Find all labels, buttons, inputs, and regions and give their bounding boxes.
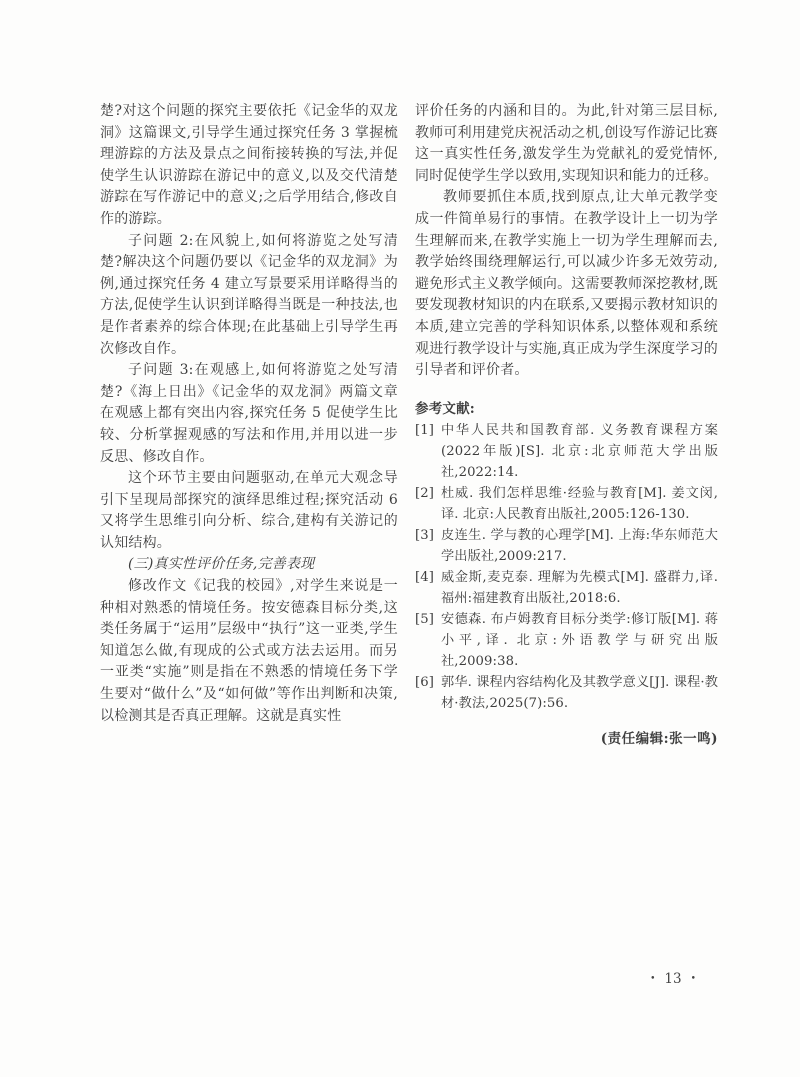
- paragraph: 楚?对这个问题的探究主要依托《记金华的双龙洞》这篇课文,引导学生通过探究任务 3…: [100, 101, 398, 231]
- right-column: 评价任务的内涵和目的。为此,针对第三层目标,教师可利用建党庆祝活动之机,创设写作…: [415, 101, 718, 750]
- reference-text: 中华人民共和国教育部. 义务教育课程方案(2022年版)[S]. 北京:北京师范…: [441, 420, 718, 483]
- document-page: 楚?对这个问题的探究主要依托《记金华的双龙洞》这篇课文,引导学生通过探究任务 3…: [0, 0, 800, 1077]
- page-number-left-dot: •: [650, 975, 655, 984]
- reference-text: 皮连生. 学与教的心理学[M]. 上海:华东师范大学出版社,2009:217.: [441, 525, 718, 567]
- reference-item: [5] 安德森. 布卢姆教育目标分类学:修订版[M]. 蒋小平,译. 北京:外语…: [415, 609, 718, 672]
- reference-label: [1]: [415, 420, 441, 483]
- paragraph: 子问题 2:在风貌上,如何将游览之处写清楚?解决这个问题仍要以《记金华的双龙洞》…: [100, 231, 398, 361]
- left-column: 楚?对这个问题的探究主要依托《记金华的双龙洞》这篇课文,引导学生通过探究任务 3…: [100, 101, 398, 727]
- reference-label: [2]: [415, 483, 441, 525]
- reference-text: 威金斯,麦克泰. 理解为先模式[M]. 盛群力,译. 福州:福建教育出版社,20…: [441, 567, 718, 609]
- reference-item: [1] 中华人民共和国教育部. 义务教育课程方案(2022年版)[S]. 北京:…: [415, 420, 718, 483]
- reference-text: 安德森. 布卢姆教育目标分类学:修订版[M]. 蒋小平,译. 北京:外语教学与研…: [441, 609, 718, 672]
- reference-label: [4]: [415, 567, 441, 609]
- reference-item: [3] 皮连生. 学与教的心理学[M]. 上海:华东师范大学出版社,2009:2…: [415, 525, 718, 567]
- paragraph: 修改作文《记我的校园》,对学生来说是一种相对熟悉的情境任务。按安德森目标分类,这…: [100, 576, 398, 727]
- references-title: 参考文献:: [415, 399, 718, 420]
- reference-label: [6]: [415, 672, 441, 714]
- reference-item: [2] 杜威. 我们怎样思维·经验与教育[M]. 姜文闵,译. 北京:人民教育出…: [415, 483, 718, 525]
- page-number-right-dot: •: [691, 975, 696, 984]
- paragraph: (三)真实性评价任务,完善表现: [100, 554, 398, 576]
- reference-text: 郭华. 课程内容结构化及其教学意义[J]. 课程·教材·教法,2025(7):5…: [441, 672, 718, 714]
- page-number-value: 13: [664, 971, 681, 987]
- right-column-paragraphs: 评价任务的内涵和目的。为此,针对第三层目标,教师可利用建党庆祝活动之机,创设写作…: [415, 101, 718, 382]
- paragraph: 教师要抓住本质,找到原点,让大单元教学变成一件简单易行的事情。在教学设计上一切为…: [415, 187, 718, 381]
- reference-item: [4] 威金斯,麦克泰. 理解为先模式[M]. 盛群力,译. 福州:福建教育出版…: [415, 567, 718, 609]
- editor-note: (责任编辑:张一鸣): [415, 729, 718, 750]
- reference-label: [5]: [415, 609, 441, 672]
- paragraph: 这个环节主要由问题驱动,在单元大观念导引下呈现局部探究的演绎思维过程;探究活动 …: [100, 468, 398, 554]
- references-list: [1] 中华人民共和国教育部. 义务教育课程方案(2022年版)[S]. 北京:…: [415, 420, 718, 714]
- reference-item: [6] 郭华. 课程内容结构化及其教学意义[J]. 课程·教材·教法,2025(…: [415, 672, 718, 714]
- reference-text: 杜威. 我们怎样思维·经验与教育[M]. 姜文闵,译. 北京:人民教育出版社,2…: [441, 483, 718, 525]
- paragraph: 子问题 3:在观感上,如何将游览之处写清楚?《海上日出》《记金华的双龙洞》两篇文…: [100, 360, 398, 468]
- paragraph: 评价任务的内涵和目的。为此,针对第三层目标,教师可利用建党庆祝活动之机,创设写作…: [415, 101, 718, 187]
- reference-label: [3]: [415, 525, 441, 567]
- page-number: • 13 •: [627, 971, 719, 987]
